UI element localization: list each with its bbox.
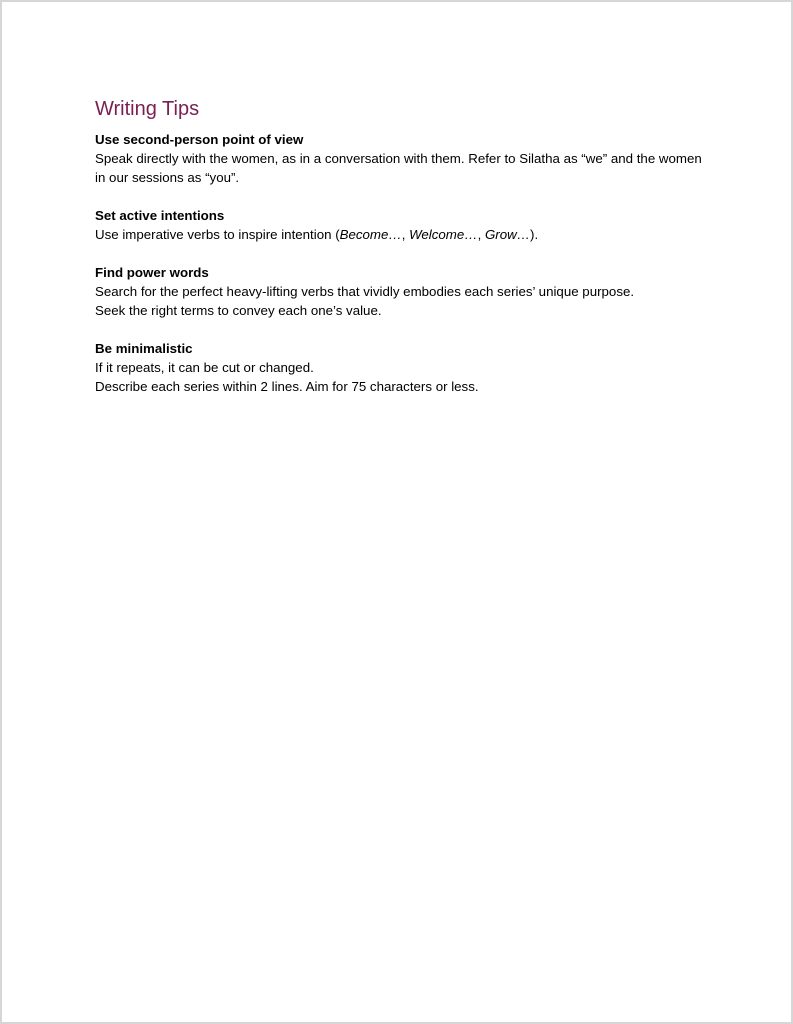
page-title: Writing Tips — [95, 95, 715, 123]
example-verb-welcome: Welcome… — [409, 227, 477, 242]
tip-body-line: Search for the perfect heavy-lifting ver… — [95, 282, 715, 301]
tip-power-words: Find power words Search for the perfect … — [95, 263, 715, 320]
separator: , — [478, 227, 485, 242]
tip-heading: Set active intentions — [95, 206, 715, 225]
tip-minimalistic: Be minimalistic If it repeats, it can be… — [95, 339, 715, 396]
example-verb-become: Become… — [340, 227, 402, 242]
tip-body-line: Seek the right terms to convey each one’… — [95, 301, 715, 320]
tip-body: Use imperative verbs to inspire intentio… — [95, 225, 715, 244]
tip-heading: Be minimalistic — [95, 339, 715, 358]
separator: , — [402, 227, 409, 242]
document-content: Writing Tips Use second-person point of … — [95, 95, 715, 415]
tip-body-line: Describe each series within 2 lines. Aim… — [95, 377, 715, 396]
tip-heading: Use second-person point of view — [95, 130, 715, 149]
tip-body-suffix: ). — [530, 227, 538, 242]
tip-second-person: Use second-person point of view Speak di… — [95, 130, 715, 187]
tip-body: Speak directly with the women, as in a c… — [95, 149, 715, 187]
document-page: Writing Tips Use second-person point of … — [0, 0, 793, 1024]
example-verb-grow: Grow… — [485, 227, 530, 242]
tip-body-line: If it repeats, it can be cut or changed. — [95, 358, 715, 377]
tip-active-intentions: Set active intentions Use imperative ver… — [95, 206, 715, 244]
tip-body-prefix: Use imperative verbs to inspire intentio… — [95, 227, 340, 242]
tip-heading: Find power words — [95, 263, 715, 282]
